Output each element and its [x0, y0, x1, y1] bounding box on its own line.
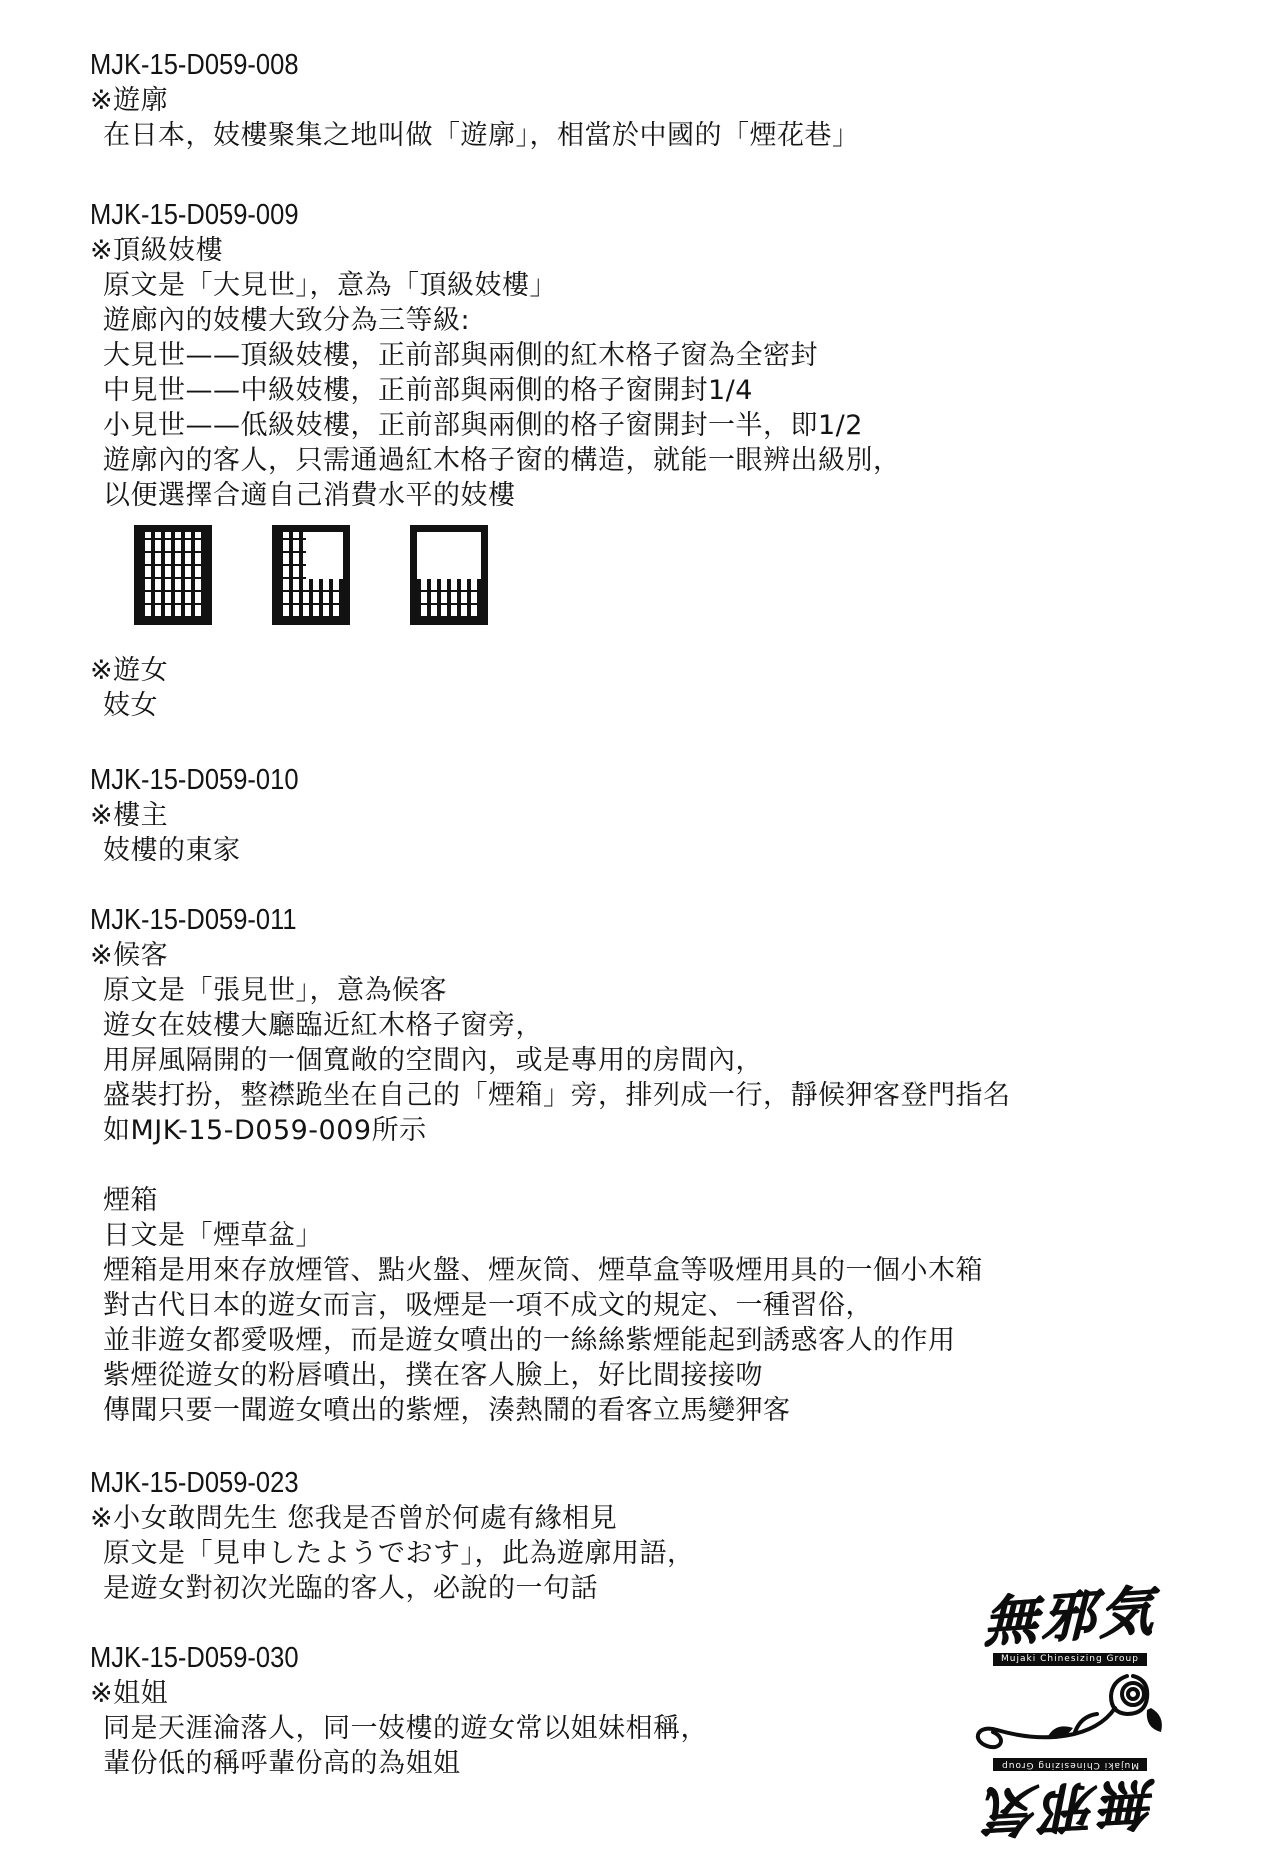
rose-flourish-icon	[945, 1668, 1195, 1756]
note-code: MJK-15-D059-009	[90, 198, 1240, 233]
text-line: 原文是「張見世」，意為候客	[90, 973, 1240, 1008]
logo-name-text-flipped: 無邪気	[944, 1771, 1197, 1842]
lattice-box-daimise	[134, 525, 212, 625]
text-line: 以便選擇合適自己消費水平的妓樓	[90, 478, 1240, 513]
note-term: ※頂級妓樓	[90, 233, 1240, 268]
text-line: 遊廓內的客人，只需通過紅木格子窗的構造，就能一眼辨出級別，	[90, 443, 1240, 478]
text-line: 盛裝打扮，整襟跪坐在自己的「煙箱」旁，排列成一行，靜候狎客登門指名	[90, 1078, 1240, 1113]
note-code: MJK-15-D059-023	[90, 1466, 1240, 1501]
note-code: MJK-15-D059-011	[90, 903, 1240, 938]
text-line: 對古代日本的遊女而言，吸煙是一項不成文的規定、一種習俗，	[90, 1288, 1240, 1323]
text-line: 妓女	[90, 688, 1240, 723]
note-code-text: MJK-15-D059-023	[90, 1466, 299, 1501]
translation-notes-page: MJK-15-D059-008 ※遊廓 在日本，妓樓聚集之地叫做「遊廓」，相當於…	[0, 0, 1280, 1781]
text-line: 用屏風隔開的一個寬敞的空間內，或是專用的房間內，	[90, 1043, 1240, 1078]
lattice-box-komise	[410, 525, 488, 625]
note-term: ※遊女	[90, 653, 1240, 688]
mujaki-group-logo: 無邪気 Mujaki Chinesizing Group 無邪気 Mujaki …	[945, 1588, 1195, 1836]
note-term: ※樓主	[90, 798, 1240, 833]
note-code-text: MJK-15-D059-009	[90, 198, 299, 233]
text-line: 如MJK-15-D059-009所示	[90, 1113, 1240, 1148]
note-section-009: MJK-15-D059-009 ※頂級妓樓 原文是「大見世」，意為「頂級妓樓」 …	[90, 198, 1240, 723]
logo-subtitle-banner: Mujaki Chinesizing Group	[993, 1653, 1147, 1666]
note-section-011: MJK-15-D059-011 ※候客 原文是「張見世」，意為候客 遊女在妓樓大…	[90, 903, 1240, 1148]
note-term: ※遊廓	[90, 83, 1240, 118]
note-code-text: MJK-15-D059-008	[90, 48, 299, 83]
logo-name-text: 無邪気	[945, 1579, 1194, 1655]
note-code-text: MJK-15-D059-030	[90, 1641, 299, 1676]
lattice-window-figure	[134, 525, 1240, 625]
text-line: 原文是「大見世」，意為「頂級妓樓」	[90, 268, 1240, 303]
note-subsection-yujo: ※遊女 妓女	[90, 653, 1240, 723]
lattice-open-area	[306, 532, 343, 579]
text-line: 傳聞只要一聞遊女噴出的紫煙，湊熱鬧的看客立馬變狎客	[90, 1393, 1240, 1428]
note-code: MJK-15-D059-008	[90, 48, 1240, 83]
note-section-010: MJK-15-D059-010 ※樓主 妓樓的東家	[90, 763, 1240, 868]
text-line: 在日本，妓樓聚集之地叫做「遊廓」，相當於中國的「煙花巷」	[90, 118, 1240, 153]
note-term: ※候客	[90, 938, 1240, 973]
lattice-box-chumise	[272, 525, 350, 625]
note-code: MJK-15-D059-010	[90, 763, 1240, 798]
note-code-text: MJK-15-D059-010	[90, 763, 299, 798]
text-line: 小見世——低級妓樓，正前部與兩側的格子窗開封一半，即1/2	[90, 408, 1240, 443]
text-line: 日文是「煙草盆」	[90, 1218, 1240, 1253]
text-line: 煙箱	[90, 1183, 1240, 1218]
note-code-text: MJK-15-D059-011	[90, 903, 297, 938]
text-line: 大見世——頂級妓樓，正前部與兩側的紅木格子窗為全密封	[90, 338, 1240, 373]
note-section-tabako-bon: 煙箱 日文是「煙草盆」 煙箱是用來存放煙管、點火盤、煙灰筒、煙草盒等吸煙用具的一…	[90, 1183, 1240, 1428]
text-line: 遊廊內的妓樓大致分為三等級:	[90, 303, 1240, 338]
logo-subtitle-banner-flipped: Mujaki Chinesizing Group	[993, 1758, 1147, 1771]
note-section-008: MJK-15-D059-008 ※遊廓 在日本，妓樓聚集之地叫做「遊廓」，相當於…	[90, 48, 1240, 153]
text-line: 煙箱是用來存放煙管、點火盤、煙灰筒、煙草盒等吸煙用具的一個小木箱	[90, 1253, 1240, 1288]
text-line: 原文是「見申したようでおす」，此為遊廓用語，	[90, 1536, 1240, 1571]
text-line: 中見世——中級妓樓，正前部與兩側的格子窗開封1/4	[90, 373, 1240, 408]
logo-flipped-stamp: 無邪気 Mujaki Chinesizing Group	[945, 1758, 1195, 1836]
text-line: 遊女在妓樓大廳臨近紅木格子窗旁，	[90, 1008, 1240, 1043]
text-line: 並非遊女都愛吸煙，而是遊女噴出的一絲絲紫煙能起到誘惑客人的作用	[90, 1323, 1240, 1358]
note-term: ※小女敢問先生 您我是否曾於何處有緣相見	[90, 1501, 1240, 1536]
text-line: 妓樓的東家	[90, 833, 1240, 868]
text-line: 紫煙從遊女的粉唇噴出，撲在客人臉上，好比間接接吻	[90, 1358, 1240, 1393]
lattice-open-area	[417, 532, 481, 579]
